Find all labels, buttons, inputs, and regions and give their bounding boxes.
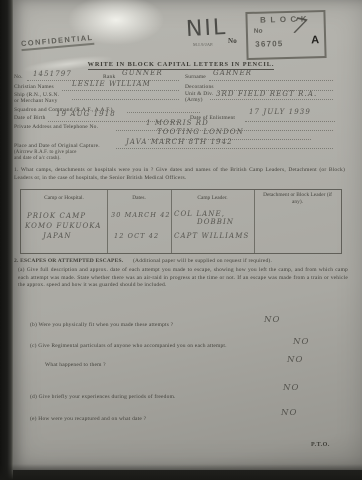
table-header-camp: Camp or Hospital. (21, 195, 107, 202)
unit-value: 3RD FIELD REGT R.A. (216, 90, 317, 98)
capture-sublabel-line1: (Aircrew R.A.F. to give place (14, 150, 77, 155)
scan-edge-strip (0, 0, 13, 480)
table-header-camp-leader: Camp Leader. (171, 195, 254, 202)
block-stamp-number: 36705 (255, 39, 283, 49)
leader-cell-line2: DOBBIN (197, 218, 234, 226)
camp-cell-line3: JAPAN (43, 232, 72, 240)
capture-value: JAVA MARCH 8TH 1942 (126, 138, 233, 146)
answer-2e: NO (281, 408, 298, 418)
block-number-stamp: BLOCK No 36705 7 A (245, 10, 326, 60)
question-2a: (a) Give full description and approx. da… (18, 267, 348, 290)
dates-cell-line2: 12 OCT 42 (114, 232, 159, 240)
ship-label-line2: or Merchant Navy (14, 98, 58, 104)
answer-2c-followup: NO (287, 355, 304, 365)
number-value: 1451797 (33, 70, 72, 78)
date-of-birth-label: Date of Birth (14, 115, 46, 121)
scan-bottom-shadow (0, 464, 362, 480)
mi9-no-label: No (228, 37, 237, 45)
table-header-detachment: Detachment or Block Leader (if any). (258, 192, 337, 206)
block-stamp-no-label: No (254, 28, 263, 35)
camp-cell-line1: PRIOK CAMP (27, 212, 86, 220)
address-label: Private Address and Telephone No. (14, 124, 98, 130)
leader-cell-line1: COL LANE, (174, 210, 225, 218)
answer-2c: NO (293, 337, 310, 347)
question-1: 1. What camps, detachments or hospitals … (14, 167, 345, 182)
table-column-divider (254, 190, 255, 253)
scanned-document: CONFIDENTIAL NIL M.I.9/JAP. No BLOCK No … (0, 0, 362, 480)
capture-label: Place and Date of Original Capture. (14, 143, 100, 149)
christian-names-label: Christian Names (14, 84, 54, 90)
section-2-heading-note: (Additional paper will be supplied on re… (133, 258, 272, 264)
number-label: No. (14, 74, 23, 80)
question-2c-followup: What happened to them ? (45, 362, 106, 368)
form-title: WRITE IN BLOCK CAPITAL LETTERS IN PENCIL… (0, 61, 362, 68)
block-stamp-word: BLOCK (247, 14, 323, 25)
table-header-dates: Dates. (107, 195, 171, 202)
answer-2b: NO (264, 315, 281, 325)
decorations-label: Decorations (185, 84, 214, 90)
enlistment-value: 17 JULY 1939 (249, 108, 311, 116)
question-2b: (b) Were you physically fit when you mad… (30, 322, 173, 328)
nil-handwriting: NIL (185, 15, 227, 42)
answer-2d: NO (283, 383, 300, 393)
camp-cell-line2: KOMO FUKUOKA (25, 222, 102, 230)
dates-cell-line1: 30 MARCH 42 (111, 211, 171, 219)
surname-value: GARNER (213, 69, 252, 77)
unit-label-line2: (Army) (185, 97, 203, 103)
question-2e: (e) How were you recaptured and on what … (30, 416, 146, 422)
date-of-birth-value: 19 AUG 1918 (56, 110, 116, 118)
address-value-line1: 1 MORRIS RD (146, 119, 209, 127)
leader-cell-line3: CAPT WILLIAMS (174, 232, 249, 240)
camp-table: Camp or Hospital. Dates. Camp Leader. De… (20, 189, 342, 254)
mi9-label: M.I.9/JAP. (193, 42, 214, 47)
question-2d: (d) Give briefly your experiences during… (30, 394, 176, 400)
surname-label: Surname (185, 74, 206, 80)
rank-value: GUNNER (122, 69, 163, 77)
capture-sublabel-line2: and date of a/c crash). (14, 156, 61, 161)
question-2c: (c) Give Regimental particulars of anyon… (30, 343, 227, 349)
pto-label: P.T.O. (311, 442, 330, 448)
section-2-heading: 2. ESCAPES OR ATTEMPTED ESCAPES. (14, 258, 123, 264)
christian-names-value: LESLIE WILLIAM (72, 80, 151, 88)
address-value-line2: TOOTING LONDON (157, 128, 244, 136)
block-stamp-letter: A (311, 34, 319, 46)
